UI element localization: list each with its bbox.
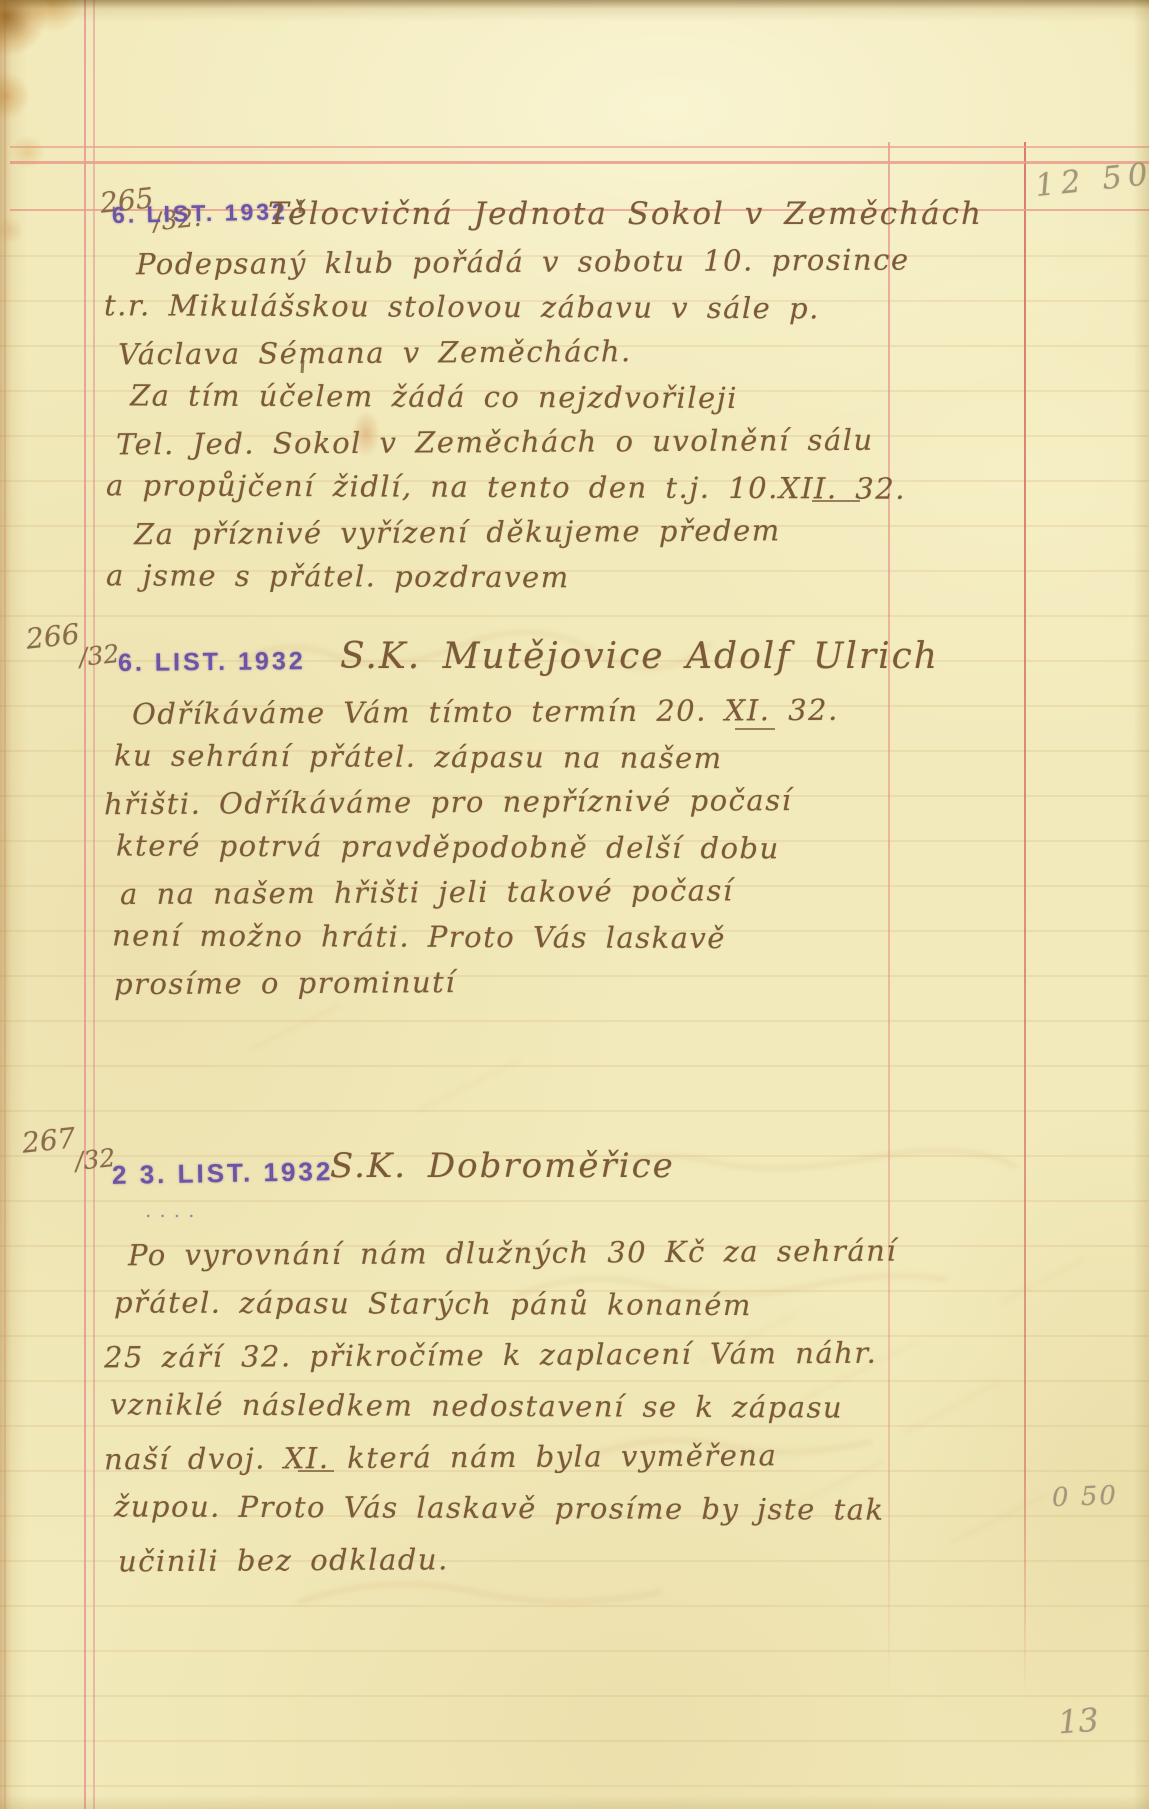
manuscript-line: t.r. Mikulášskou stolovou zábavu v sále … — [104, 283, 910, 332]
manuscript-line: Václava Sémana v Zeměchách. — [104, 328, 910, 378]
manuscript-line: ku sehrání přátel. zápasu na našem — [104, 733, 839, 781]
header-rule-top — [10, 146, 1149, 148]
pencil-amount-side: 0 50 — [1051, 1481, 1118, 1513]
ref-denominator: /32 — [74, 1143, 117, 1176]
entry-body-267: Po vyrovnání nám dlužných 30 Kč za sehrá… — [104, 1228, 897, 1585]
date-stamp-3: 2 3. LIST. 1932 — [112, 1156, 334, 1191]
manuscript-line: naší dvoj. XI. která nám byla vyměřena — [104, 1430, 897, 1486]
manuscript-line: které potrvá pravděpodobně delší dobu — [104, 823, 839, 871]
manuscript-line: prosíme o prominutí — [104, 958, 839, 1007]
ref-numerator: 267 — [20, 1121, 77, 1159]
manuscript-line: 25 září 32. přikročíme k zaplacení Vám n… — [104, 1328, 897, 1384]
left-margin-rule-outer — [84, 0, 86, 1809]
pencil-amount-top: 12 50 — [1033, 156, 1149, 204]
manuscript-line: přátel. zápasu Starých pánů konaném — [104, 1277, 897, 1331]
stamp-dots: .... — [145, 1198, 202, 1222]
header-rule-mid — [10, 161, 1149, 164]
manuscript-line: a jsme s přátel. pozdravem — [104, 553, 910, 602]
entry-title-265: Tělocvičná Jednota Sokol v Zeměchách — [268, 196, 983, 232]
manuscript-line: vzniklé následkem nedostavení se k zápas… — [104, 1379, 897, 1433]
manuscript-line: Podepsaný klub pořádá v sobotu 10. prosi… — [104, 238, 910, 288]
left-edge-rule — [4, 0, 6, 1809]
page-number: 13 — [1057, 1701, 1100, 1742]
manuscript-line: Odříkáváme Vám tímto termín 20. XI. 32. — [104, 688, 839, 737]
manuscript-line: župou. Proto Vás laskavě prosíme by jste… — [104, 1481, 897, 1535]
entry-body-266: Odříkáváme Vám tímto termín 20. XI. 32. … — [104, 690, 839, 1005]
manuscript-line: a na našem hřišti jeli takové počasí — [104, 868, 839, 917]
manuscript-line: učinili bez odkladu. — [104, 1532, 897, 1588]
margin-ref-266: 266/32 — [26, 628, 120, 661]
ref-denominator: /32 — [78, 639, 121, 672]
manuscript-line: a propůjčení židlí, na tento den t.j. 10… — [104, 463, 910, 512]
manuscript-line: Za tím účelem žádá co nejzdvořileji — [104, 373, 910, 422]
manuscript-line: hřišti. Odříkáváme pro nepříznivé počasí — [104, 778, 839, 827]
entry-title-266: S.K. Mutějovice Adolf Ulrich — [340, 636, 939, 677]
manuscript-line: není možno hráti. Proto Vás laskavě — [104, 913, 839, 961]
manuscript-line: Po vyrovnání nám dlužných 30 Kč za sehrá… — [104, 1226, 897, 1282]
amount-column-rule — [1024, 142, 1026, 1694]
manuscript-line: Za příznivé vyřízení děkujeme předem — [104, 508, 910, 558]
left-margin-rule-inner — [93, 0, 95, 1809]
date-stamp-2: 6. LIST. 1932 — [118, 647, 306, 678]
ledger-page: 12 50 265/32. 6. LIST. 1932. Tělocvičná … — [0, 0, 1149, 1809]
margin-ref-267: 267/32 — [22, 1132, 116, 1165]
entry-body-265: Podepsaný klub pořádá v sobotu 10. prosi… — [104, 240, 910, 600]
entry-title-267: S.K. Dobroměřice — [330, 1146, 675, 1186]
ref-numerator: 266 — [24, 617, 81, 655]
manuscript-line: Tel. Jed. Sokol v Zeměchách o uvolnění s… — [104, 418, 910, 468]
